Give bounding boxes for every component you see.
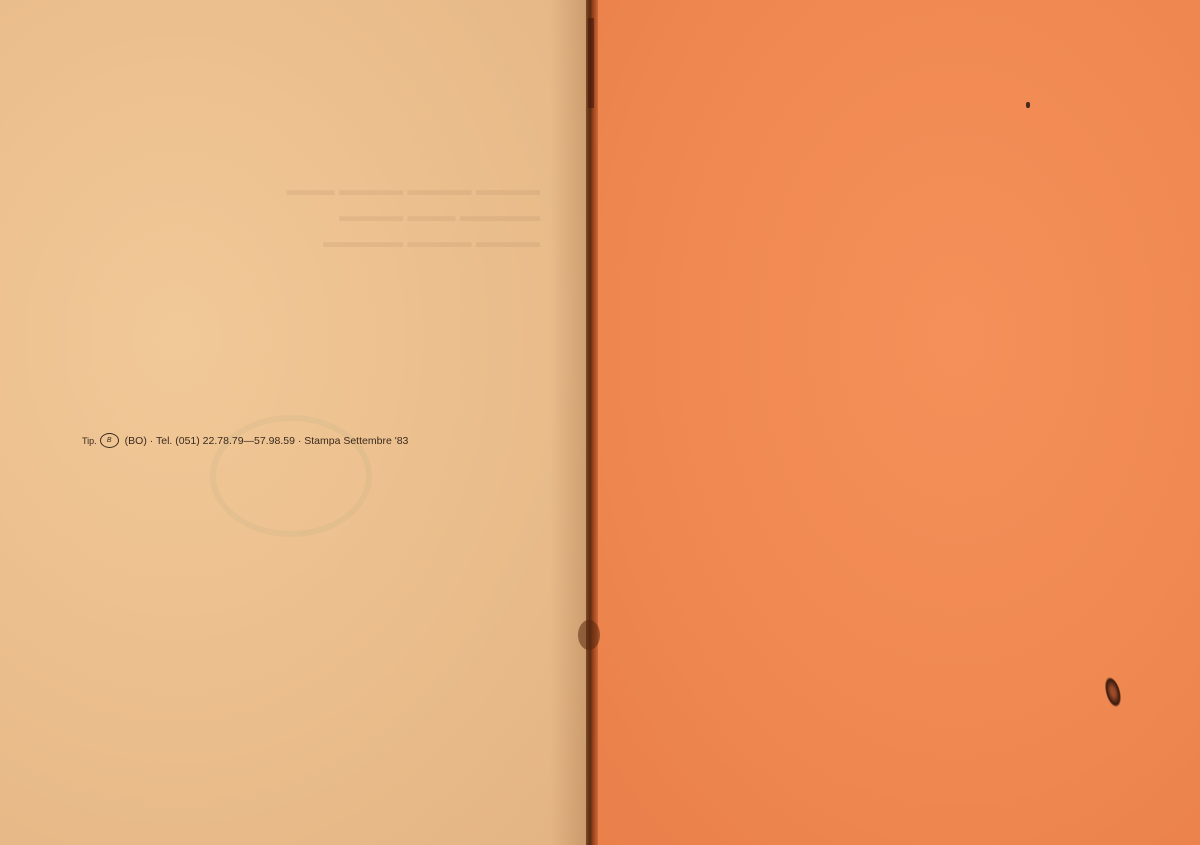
printer-logo-icon: B: [100, 433, 119, 448]
left-page: ▬▬▬ ▬▬▬▬ ▬▬▬▬ ▬▬▬▬▬▬▬▬ ▬▬▬ ▬▬▬▬▬▬▬▬▬▬ ▬▬…: [0, 0, 590, 845]
imprint-text: (BO) · Tel. (051) 22.78.79—57.98.59 · St…: [125, 435, 409, 447]
printer-imprint: Tip. B (BO) · Tel. (051) 22.78.79—57.98.…: [82, 433, 408, 448]
spine-stain: [578, 620, 600, 650]
right-page-cover: [592, 0, 1200, 845]
imprint-prefix: Tip.: [82, 436, 97, 446]
spine-stain: [588, 18, 594, 108]
bleed-through-text: ▬▬▬ ▬▬▬▬ ▬▬▬▬ ▬▬▬▬▬▬▬▬ ▬▬▬ ▬▬▬▬▬▬▬▬▬▬ ▬▬…: [180, 178, 540, 256]
fleck-mark: [1026, 102, 1030, 108]
